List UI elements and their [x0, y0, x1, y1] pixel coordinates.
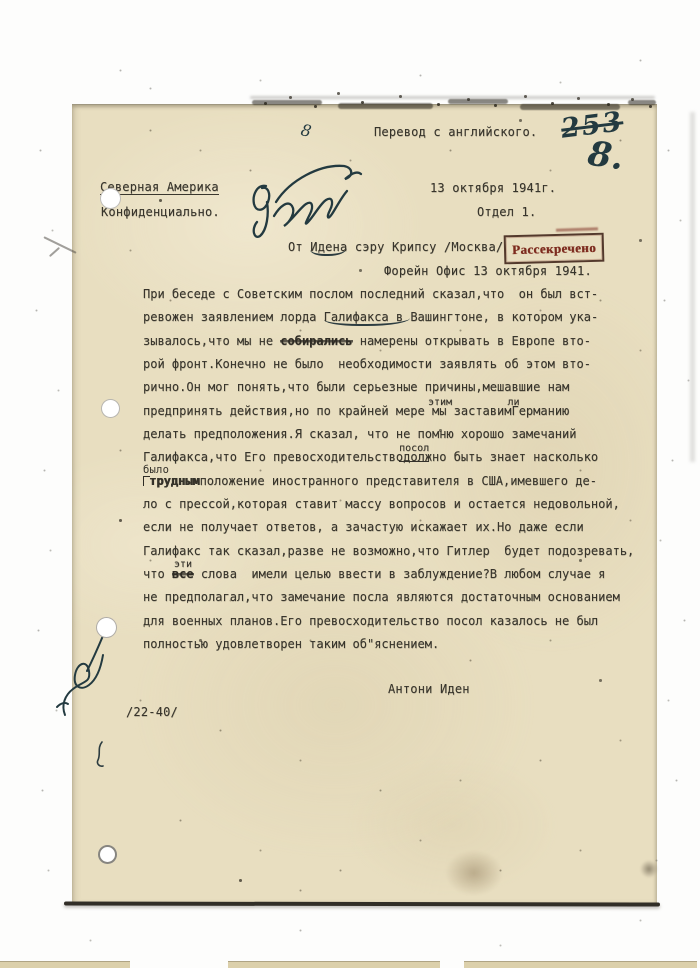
scanned-document-page: Перевод с английского. Северная Америка …: [0, 0, 700, 968]
interline-insertion-bylo: было: [143, 464, 169, 476]
date-line: 13 октября 1941г.: [430, 181, 556, 195]
margin-speckles: [0, 0, 1, 1]
body-line-9: труднымположение иностранного представит…: [143, 470, 634, 493]
corner-stain: [640, 860, 658, 878]
body-line-1: При беседе с Советским послом последний …: [143, 283, 634, 306]
text-segment: что: [143, 567, 172, 581]
inserted-word-etim: этим: [428, 391, 452, 414]
body-line-15: для военных планов.Его превосходительств…: [143, 610, 634, 633]
next-page-edge: [228, 961, 440, 968]
body-line-5: рично.Он мог понять,что были серьезные п…: [143, 376, 634, 399]
body-line-12: Галифакс так сказал,разве не возможно,чт…: [143, 540, 634, 563]
paper-top-edge-fragment: [628, 100, 656, 105]
inserted-word-posol: посол: [399, 437, 429, 461]
punch-hole: [100, 188, 121, 209]
pencil-mark: [49, 247, 60, 257]
body-line-2: ревожен заявлением лорда Галифакса в Ваш…: [143, 306, 634, 329]
body-text: При беседе с Советским послом последний …: [143, 283, 634, 657]
body-line-4: рой фронт.Конечно не было необходимости …: [143, 353, 634, 376]
paper-bottom-edge: [64, 901, 660, 906]
text-segment: зывалось,что мы не: [143, 334, 280, 348]
corrected-word-group: этивсе: [172, 563, 194, 586]
typed-signature: Антони Иден: [388, 682, 470, 696]
body-line-16: полностью удовлетворен таким об"яснением…: [143, 633, 634, 656]
paper-top-edge-fragment: [252, 100, 322, 105]
translation-note: Перевод с английского.: [374, 125, 537, 139]
punch-hole: [101, 399, 120, 418]
smudge-stain: [445, 850, 503, 896]
handwritten-signature-header: [240, 150, 365, 255]
body-line-10: ло с прессой,которая ставит массу вопрос…: [143, 493, 634, 516]
text-segment: положение иностранного представителя в С…: [200, 474, 597, 488]
department-line: Отдел 1.: [477, 205, 536, 219]
punch-hole: [98, 845, 117, 864]
next-page-edge: [0, 961, 130, 968]
text-segment: ревожен заявлением лорда: [143, 310, 324, 324]
body-line-7: делать предположения.Я сказал, что не по…: [143, 423, 634, 446]
handwritten-signature-margin: [55, 595, 133, 723]
confidential-label: Конфиденциально.: [101, 205, 220, 219]
body-line-14: не предполагал,что замечание посла являю…: [143, 586, 634, 609]
punch-hole: [96, 617, 117, 638]
body-line-6: предпринять действия,но по крайней мере …: [143, 400, 634, 423]
next-page-edge: [464, 961, 697, 968]
paper-top-edge-fragment: [338, 103, 433, 109]
body-line-13: что этивсе слова имели целью ввести в за…: [143, 563, 634, 586]
reference-number: /22-40/: [126, 705, 178, 719]
body-line-8: Галифакса,что Его превосходительствопосо…: [143, 446, 634, 469]
inserted-suffix-li: ли: [507, 391, 519, 414]
body-line-3: зывалось,что мы не собирались намерены о…: [143, 330, 634, 353]
body-line-11: если не получает ответов, а зачастую иск…: [143, 516, 634, 539]
origin-line: Форейн Офис 13 октября 1941.: [384, 264, 592, 278]
underlined-name-halifax: Галифакса в: [324, 310, 411, 326]
scanner-streak: [690, 112, 695, 462]
text-segment: Германию: [511, 404, 569, 418]
text-segment: должно быть знает насколько: [403, 450, 598, 464]
text-segment: слова имели целью ввести в заблуждение?В…: [194, 567, 606, 581]
declassified-stamp-text: Рассекречено: [512, 239, 596, 257]
address-rest: сэру Крипсу /Москва/: [347, 240, 503, 254]
struck-out-word: собирались: [280, 334, 352, 348]
paper-top-edge-fragment: [448, 99, 508, 104]
handwritten-new-number: 8.: [585, 134, 626, 179]
text-segment: намерены открывать в Европе вто-: [353, 334, 591, 348]
text-segment: предпринять действия,но по крайней мере: [143, 404, 432, 418]
inserted-word-eti: эти: [174, 553, 192, 576]
text-segment: Галифакса,что Его превосходительство: [143, 450, 403, 464]
ink-mark: [92, 740, 110, 770]
text-segment: Вашингтоне, в котором ука-: [410, 310, 598, 324]
declassified-stamp: Рассекречено: [504, 233, 605, 265]
